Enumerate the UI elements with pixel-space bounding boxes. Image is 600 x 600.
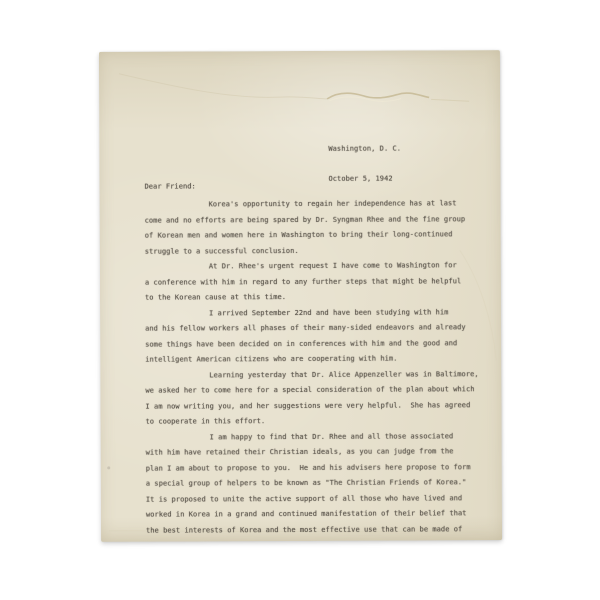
letter-line: I am happy to find that Dr. Rhee and all… bbox=[146, 429, 491, 446]
letter-place: Washington, D. C. bbox=[328, 144, 401, 154]
letter-line: intelligent American citizens who are co… bbox=[145, 351, 490, 368]
letter-heading: Washington, D. C. October 5, 1942 bbox=[328, 124, 401, 204]
letter-line: Learning yesterday that Dr. Alice Appenz… bbox=[145, 367, 490, 384]
letter-line: a special group of helpers to be known a… bbox=[146, 475, 491, 492]
letter-line: come and no efforts are being spared by … bbox=[145, 212, 490, 229]
letter-salutation: Dear Friend: bbox=[144, 180, 195, 192]
letter-line: It is proposed to unite the active suppo… bbox=[146, 491, 491, 508]
letter-line: Korea's opportunity to regain her indepe… bbox=[145, 196, 490, 213]
letter-line: we asked her to come here for a special … bbox=[145, 382, 490, 399]
letter-page: Washington, D. C. October 5, 1942 Dear F… bbox=[99, 50, 502, 542]
letter-line: with him have retained their Christian i… bbox=[146, 444, 491, 461]
letter-line: worked in Korea in a grand and continued… bbox=[146, 506, 491, 523]
letter-line: the best interests of Korea and the most… bbox=[146, 522, 491, 539]
letter-line: I arrived September 22nd and have been s… bbox=[145, 305, 490, 322]
letter-line: a conference with him in regard to any f… bbox=[145, 274, 490, 291]
letter-line: struggle to a successful conclusion. bbox=[145, 243, 490, 260]
letter-body: Korea's opportunity to regain her indepe… bbox=[145, 196, 491, 539]
letter-line: I am now writing you, and her suggestion… bbox=[145, 398, 490, 415]
letter-line: to the Korean cause at this time. bbox=[145, 289, 490, 306]
letter-line: some things have been decided on in conf… bbox=[145, 336, 490, 353]
letter-line: and his fellow workers all phases of the… bbox=[145, 320, 490, 337]
letter-line: to cooperate in this effort. bbox=[146, 413, 491, 430]
letter-date: October 5, 1942 bbox=[328, 174, 401, 184]
letter-line: At Dr. Rhee's urgent request I have come… bbox=[145, 258, 490, 275]
photo-background: Washington, D. C. October 5, 1942 Dear F… bbox=[0, 0, 600, 600]
letter-line: plan I am about to propose to you. He an… bbox=[146, 460, 491, 477]
letter-line: of Korean men and women here in Washingt… bbox=[145, 227, 490, 244]
